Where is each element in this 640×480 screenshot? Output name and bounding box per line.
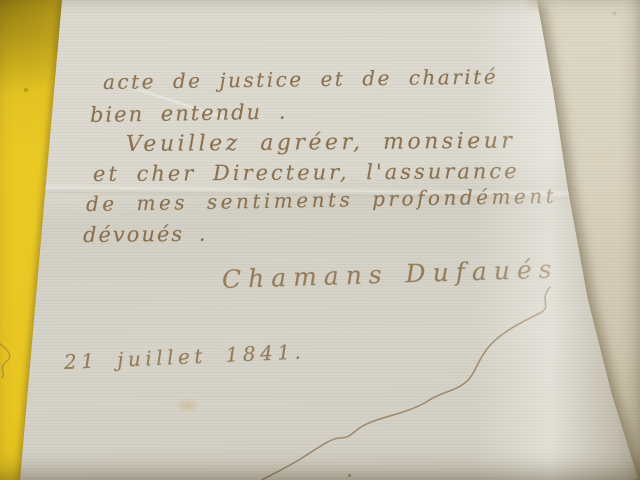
manuscript-line-3: Veuillez agréer, monsieur [126, 131, 516, 156]
manuscript-line-2: bien entendu . [90, 102, 288, 126]
paper-scratch [134, 87, 225, 118]
signature: Chamans Dufaués [222, 256, 559, 292]
letter-photograph: acte de justice et de charité bien enten… [0, 0, 640, 480]
paper-stain [176, 398, 200, 413]
letter-front-page-shadow: acte de justice et de charité bien enten… [0, 0, 640, 480]
ink-dot [348, 474, 351, 477]
manuscript-line-1: acte de justice et de charité [103, 66, 498, 92]
manuscript-line-4: et cher Directeur, l'assurance [93, 161, 520, 185]
corner-discoloration [522, 0, 562, 15]
signature-flourish [0, 0, 640, 480]
date-line: 21 juillet 1841. [64, 341, 306, 372]
manuscript-line-5: de mes sentiments profondément [86, 186, 558, 214]
manuscript-line-6: dévoués . [83, 224, 208, 246]
fold-crease [30, 186, 575, 200]
letter-front-page: acte de justice et de charité bien enten… [0, 0, 640, 480]
